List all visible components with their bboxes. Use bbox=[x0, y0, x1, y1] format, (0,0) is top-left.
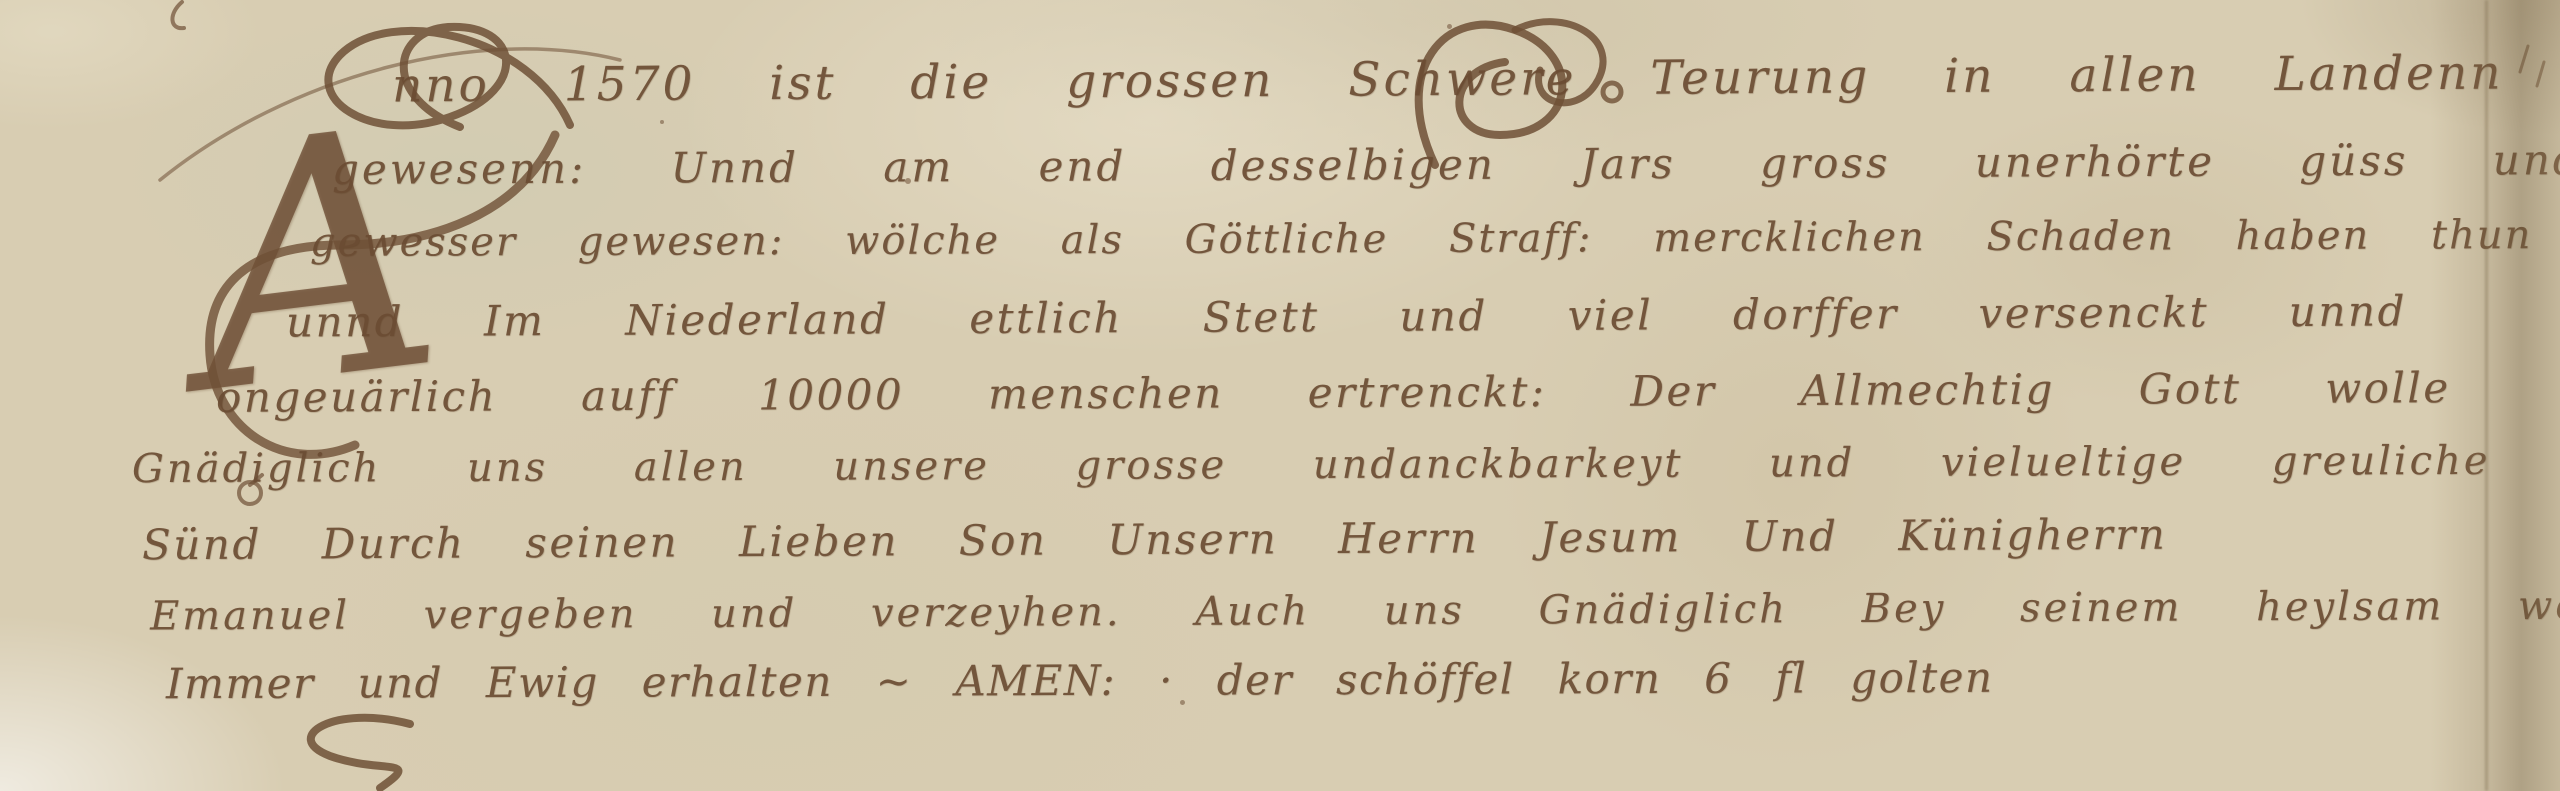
right-edge-pen-marks bbox=[2500, 40, 2560, 110]
manuscript-line-9: Immer und Ewig erhalten ~ AMEN: · der sc… bbox=[166, 653, 1994, 708]
next-initial-flourish bbox=[275, 712, 445, 791]
manuscript-line-6: Gnädiglich uns allen unsere grosse undan… bbox=[132, 438, 2491, 492]
manuscript-line-4: unnd Im Niederland ettlich Stett und vie… bbox=[286, 286, 2407, 346]
manuscript-line-2: gewesenn: Unnd am end desselbigen Jars g… bbox=[332, 135, 2560, 194]
ink-speck bbox=[1447, 24, 1452, 29]
manuscript-line-7: Sünd Durch seinen Lieben Son Unsern Herr… bbox=[142, 510, 2167, 570]
ink-speck bbox=[660, 120, 664, 124]
top-edge-pen-stroke bbox=[150, 0, 200, 40]
manuscript-line-1: nno 1570 ist die grossen Schwere Teurung… bbox=[392, 46, 2504, 114]
manuscript-page: A nno 1570 ist die grossen Schwere Teuru… bbox=[0, 0, 2560, 791]
page-edge-crease bbox=[2485, 0, 2488, 791]
manuscript-line-5: ongeuärlich auff 10000 menschen ertrenck… bbox=[216, 363, 2451, 422]
manuscript-line-3: gewesser gewesen: wölche als Göttliche S… bbox=[310, 212, 2533, 266]
manuscript-line-8: Emanuel vergeben und verzeyhen. Auch uns… bbox=[150, 583, 2560, 640]
